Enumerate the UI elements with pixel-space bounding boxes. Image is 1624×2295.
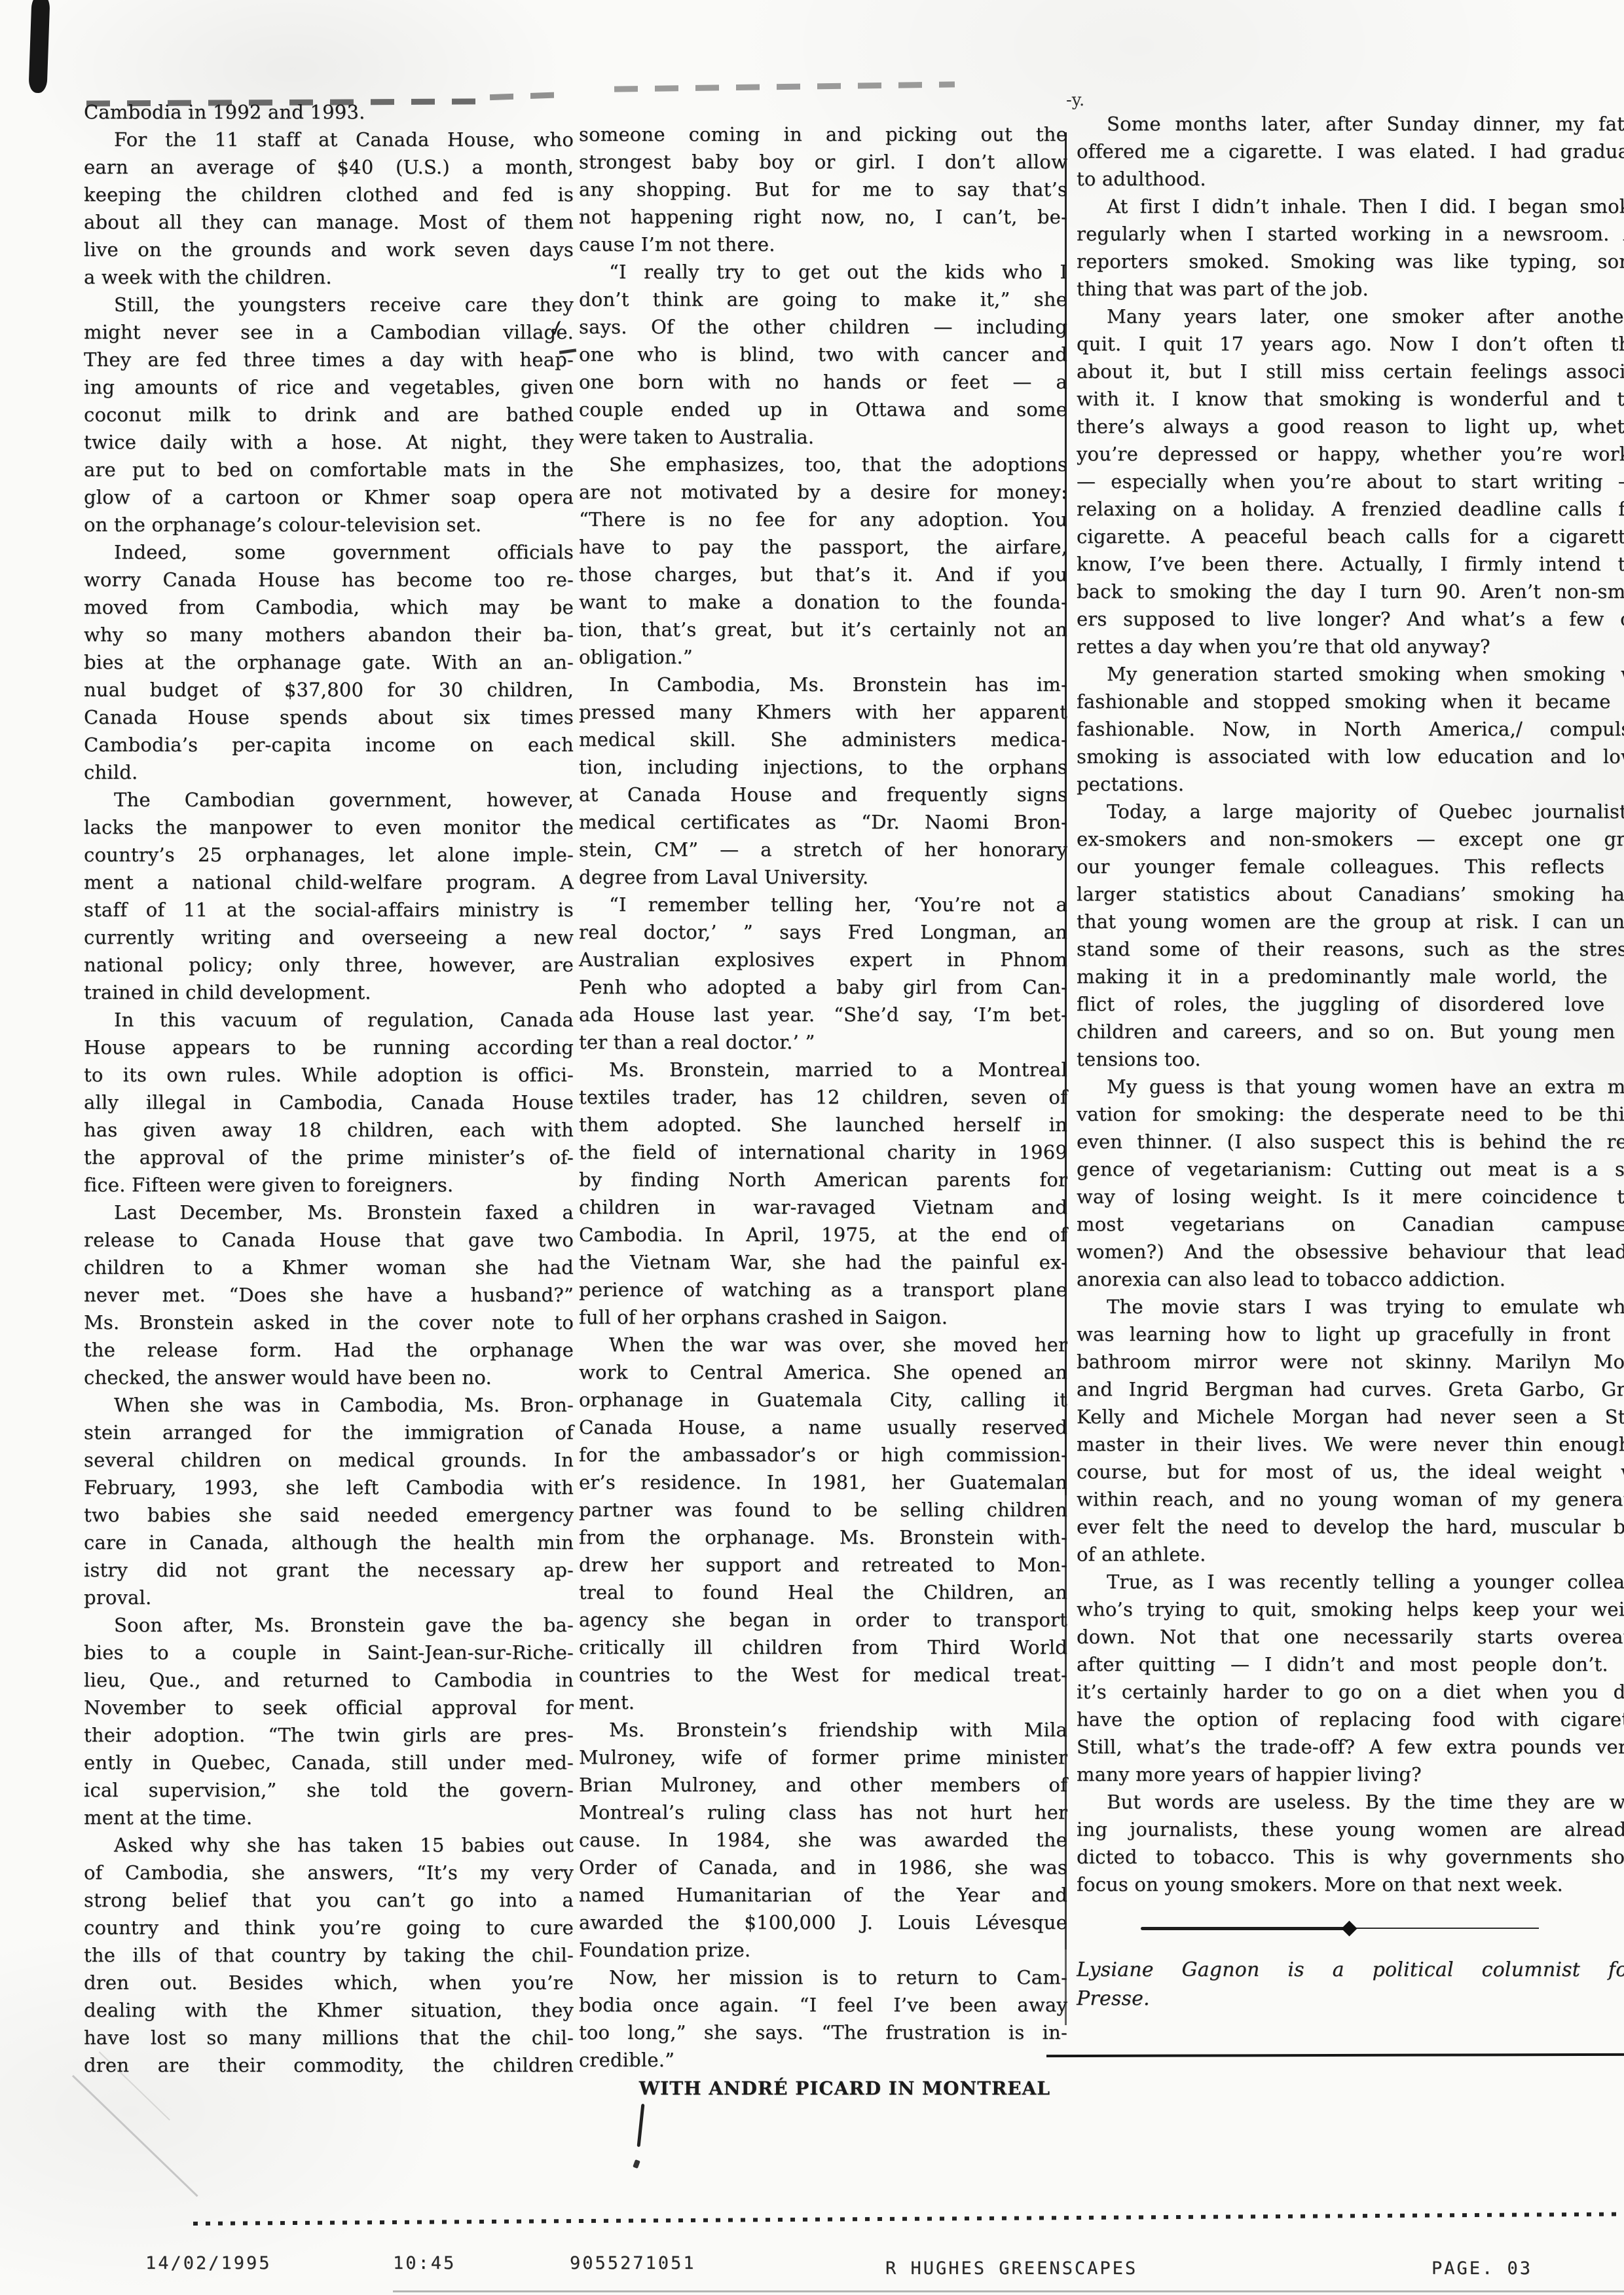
text-line: Asked why she has taken 15 babies out <box>84 1831 574 1859</box>
text-line: She emphasizes, too, that the adoptions <box>579 451 1067 478</box>
text-line: When the war was over, she moved her <box>579 1331 1067 1358</box>
fax-newspaper-page: -y. ✓ Cambodia in 1992 and 1993.For the … <box>0 0 1624 2295</box>
text-line: Presse. <box>1077 1985 1624 2013</box>
text-line: checked, the answer would have been no. <box>84 1364 574 1391</box>
scan-corner-smudge <box>28 0 50 93</box>
text-line: ently in Quebec, Canada, still under med… <box>84 1749 574 1776</box>
text-line: master in their lives. We were never thi… <box>1077 1430 1624 1458</box>
text-line: making it in a predominantly male world,… <box>1077 963 1624 990</box>
text-line: one born with no hands or feet — a <box>579 368 1067 396</box>
text-line: cigarette. A peaceful beach calls for a … <box>1077 523 1624 550</box>
text-line: glow of a cartoon or Khmer soap opera <box>84 483 574 511</box>
text-line: ical supervision,” she told the govern- <box>84 1776 574 1804</box>
text-line: “I remember telling her, ‘You’re not a <box>579 891 1067 918</box>
text-line: My generation started smoking when smoki… <box>1077 660 1624 688</box>
text-line: the ills of that country by taking the c… <box>84 1941 574 1969</box>
text-line: full of her orphans crashed in Saigon. <box>579 1303 1067 1331</box>
text-line: Canada House spends about six times <box>84 703 574 731</box>
text-line: on the orphanage’s colour-television set… <box>84 511 574 538</box>
text-line: not happening right now, no, I can’t, be… <box>579 203 1067 231</box>
text-line: have the option of replacing food with c… <box>1077 1706 1624 1733</box>
text-line: er’s residence. In 1981, her Guatemalan <box>579 1468 1067 1496</box>
text-line: ever felt the need to develop the hard, … <box>1077 1513 1624 1540</box>
text-line: to its own rules. While adoption is offi… <box>84 1061 574 1089</box>
text-line: ers supposed to live longer? And what’s … <box>1077 605 1624 633</box>
text-line: about all they can manage. Most of them <box>84 208 574 236</box>
text-line: after quitting — I didn’t and most peopl… <box>1077 1651 1624 1678</box>
text-line: Lysiane Gagnon is a political columnist … <box>1077 1956 1624 1985</box>
text-line: was learning how to light up gracefully … <box>1077 1320 1624 1348</box>
text-line: perience of watching as a transport plan… <box>579 1276 1067 1303</box>
text-line: flict of roles, the juggling of disorder… <box>1077 990 1624 1018</box>
text-line: keeping the children clothed and fed is <box>84 181 574 208</box>
text-line: couple ended up in Ottawa and some <box>579 396 1067 423</box>
text-line: country and think you’re going to cure <box>84 1914 574 1941</box>
text-line: Ms. Bronstein asked in the cover note to <box>84 1309 574 1336</box>
text-line: moved from Cambodia, which may be <box>84 593 574 621</box>
text-line: “There is no fee for any adoption. You <box>579 506 1067 533</box>
text-line: November to seek official approval for <box>84 1694 574 1721</box>
text-line: it’s certainly harder to go on a diet wh… <box>1077 1678 1624 1706</box>
clipping-bottom-rule <box>1046 2053 1624 2057</box>
text-line: reporters smoked. Smoking was like typin… <box>1077 248 1624 275</box>
text-line: to adulthood. <box>1077 165 1624 193</box>
text-line: bodia once again. “I feel I’ve been away <box>579 1991 1067 2019</box>
text-line: nual budget of $37,800 for 30 children, <box>84 676 574 703</box>
text-line: But words are useless. By the time they … <box>1077 1788 1624 1816</box>
fax-footer-sender: R HUGHES GREENSCAPES <box>885 2258 1137 2279</box>
fax-footer-number: 9055271051 <box>570 2253 696 2273</box>
dotted-tear-line <box>193 2212 1624 2226</box>
text-line: want to make a donation to the founda- <box>579 588 1067 616</box>
text-line: live on the grounds and work seven days <box>84 236 574 263</box>
text-line: Australian explosives expert in Phnom <box>579 946 1067 973</box>
text-line: relaxing on a holiday. A frenzied deadli… <box>1077 495 1624 523</box>
text-line: Cambodia in 1992 and 1993. <box>84 98 574 126</box>
text-line: might never see in a Cambodian village. <box>84 318 574 346</box>
text-line: tion, that’s great, but it’s certainly n… <box>579 616 1067 643</box>
column-text: Some months later, after Sunday dinner, … <box>1077 110 1624 1898</box>
text-line: of Cambodia, she answers, “It’s my very <box>84 1859 574 1886</box>
text-line: istry did not grant the necessary ap- <box>84 1556 574 1584</box>
text-line: degree from Laval University. <box>579 863 1067 891</box>
text-line: countries to the West for medical treat- <box>579 1661 1067 1689</box>
text-line: that young women are the group at risk. … <box>1077 908 1624 935</box>
text-line: rettes a day when you’re that old anyway… <box>1077 633 1624 660</box>
text-line: work to Central America. She opened an <box>579 1358 1067 1386</box>
text-line: credible.” <box>579 2046 1067 2074</box>
text-line: Montreal’s ruling class has not hurt her <box>579 1799 1067 1826</box>
text-line: Kelly and Michele Morgan had never seen … <box>1077 1403 1624 1430</box>
text-line: down. Not that one necessarily starts ov… <box>1077 1623 1624 1651</box>
text-line: tion, including injections, to the orpha… <box>579 753 1067 781</box>
text-line: “I really try to get out the kids who I <box>579 258 1067 286</box>
text-line: ment. <box>579 1689 1067 1716</box>
text-line: Many years later, one smoker after anoth… <box>1077 303 1624 330</box>
text-line: even thinner. (I also suspect this is be… <box>1077 1128 1624 1155</box>
text-line: ally illegal in Cambodia, Canada House <box>84 1089 574 1116</box>
text-line: children and careers, and so on. But you… <box>1077 1018 1624 1045</box>
text-line: never met. “Does she have a husband?” <box>84 1281 574 1309</box>
text-line: any shopping. But for me to say that’s <box>579 176 1067 203</box>
text-line: smoking is associated with low education… <box>1077 743 1624 770</box>
text-line: real doctor,’ ” says Fred Longman, an <box>579 918 1067 946</box>
text-line: quit. I quit 17 years ago. Now I don’t o… <box>1077 330 1624 358</box>
text-line: staff of 11 at the social-affairs minist… <box>84 896 574 924</box>
text-line: When she was in Cambodia, Ms. Bron- <box>84 1391 574 1419</box>
text-line: release to Canada House that gave two <box>84 1226 574 1254</box>
text-line: vation for smoking: the desperate need t… <box>1077 1100 1624 1128</box>
text-line: trained in child development. <box>84 979 574 1006</box>
text-line: several children on medical grounds. In <box>84 1446 574 1474</box>
text-line: stein, CM” — a stretch of her honorary <box>579 836 1067 863</box>
text-line: medical skill. She administers medica- <box>579 726 1067 753</box>
text-line: children in war-ravaged Vietnam and <box>579 1193 1067 1221</box>
text-line: gence of vegetarianism: Cutting out meat… <box>1077 1155 1624 1183</box>
text-line: a week with the children. <box>84 263 574 291</box>
text-line: care in Canada, although the health min <box>84 1529 574 1556</box>
text-line: child. <box>84 758 574 786</box>
text-line: drew her support and retreated to Mon- <box>579 1551 1067 1578</box>
text-line: regularly when I started working in a ne… <box>1077 220 1624 248</box>
text-line: says. Of the other children — including <box>579 313 1067 341</box>
text-line: currently writing and overseeing a new <box>84 924 574 951</box>
divider-rule <box>1141 1927 1344 1930</box>
text-line: February, 1993, she left Cambodia with <box>84 1474 574 1501</box>
text-line: country’s 25 orphanages, let alone imple… <box>84 841 574 868</box>
text-line: dren out. Besides which, when you’re <box>84 1969 574 1996</box>
text-line: House appears to be running according <box>84 1034 574 1061</box>
text-line: who’s trying to quit, smoking helps keep… <box>1077 1595 1624 1623</box>
text-line: Still, the youngsters receive care they <box>84 291 574 318</box>
text-line: obligation.” <box>579 643 1067 671</box>
text-line: stein arranged for the immigration of <box>84 1419 574 1446</box>
section-divider <box>1077 1915 1624 1941</box>
text-line: children to a Khmer woman she had <box>84 1254 574 1281</box>
text-line: course, but for most of us, the ideal we… <box>1077 1458 1624 1485</box>
text-line: orphanage in Guatemala City, calling it <box>579 1386 1067 1413</box>
text-line: those charges, but that’s it. And if you <box>579 561 1067 588</box>
text-line: pectations. <box>1077 770 1624 798</box>
text-line: dren are their commodity, the children <box>84 2051 574 2079</box>
text-line: At first I didn’t inhale. Then I did. I … <box>1077 193 1624 220</box>
text-line: the approval of the prime minister’s of- <box>84 1144 574 1171</box>
article-column-left: Cambodia in 1992 and 1993.For the 11 sta… <box>84 98 574 2079</box>
text-line: there’s always a good reason to light up… <box>1077 413 1624 440</box>
text-line: why so many mothers abandon their ba- <box>84 621 574 648</box>
text-line: offered me a cigarette. I was elated. I … <box>1077 138 1624 165</box>
text-line: Indeed, some government officials <box>84 538 574 566</box>
text-line: Foundation prize. <box>579 1936 1067 1964</box>
text-line: about it, but I still miss certain feeli… <box>1077 358 1624 385</box>
text-line: most vegetarians on Canadian campuses <box>1077 1210 1624 1238</box>
text-line: and Ingrid Bergman had curves. Greta Gar… <box>1077 1375 1624 1403</box>
text-line: named Humanitarian of the Year and <box>579 1881 1067 1909</box>
text-line: dealing with the Khmer situation, they <box>84 1996 574 2024</box>
text-line: them adopted. She launched herself in <box>579 1111 1067 1138</box>
text-line: are put to bed on comfortable mats in th… <box>84 456 574 483</box>
ink-squiggle-artifact <box>633 2159 640 2169</box>
text-line: thing that was part of the job. <box>1077 275 1624 303</box>
text-line: their adoption. “The twin girls are pres… <box>84 1721 574 1749</box>
text-line: In this vacuum of regulation, Canada <box>84 1006 574 1034</box>
text-line: fashionable. Now, in North America,/ com… <box>1077 715 1624 743</box>
text-line: focus on young smokers. More on that nex… <box>1077 1871 1624 1898</box>
text-line: ment at the time. <box>84 1804 574 1831</box>
text-line: Some months later, after Sunday dinner, … <box>1077 110 1624 138</box>
text-line: Soon after, Ms. Bronstein gave the ba- <box>84 1611 574 1639</box>
cutoff-text-fragment: -y. <box>1066 90 1084 110</box>
text-line: worry Canada House has become too re- <box>84 566 574 593</box>
text-line: back to smoking the day I turn 90. Aren’… <box>1077 578 1624 605</box>
fax-footer-page: PAGE. 03 <box>1431 2258 1532 2279</box>
text-line: Still, what’s the trade-off? A few extra… <box>1077 1733 1624 1761</box>
text-line: earn an average of $40 (U.S.) a month, <box>84 153 574 181</box>
text-line: ter than a real doctor.’ ” <box>579 1028 1067 1056</box>
text-line: someone coming in and picking out the <box>579 121 1067 148</box>
text-line: within reach, and no young woman of my g… <box>1077 1485 1624 1513</box>
text-line: For the 11 staff at Canada House, who <box>84 126 574 153</box>
text-line: partner was found to be selling children <box>579 1496 1067 1523</box>
text-line: don’t think are going to make it,” she <box>579 286 1067 313</box>
text-line: Canada House, a name usually reserved <box>579 1413 1067 1441</box>
text-line: Order of Canada, and in 1986, she was <box>579 1854 1067 1881</box>
text-line: by finding North American parents for <box>579 1166 1067 1193</box>
text-line: strongest baby boy or girl. I don’t allo… <box>579 148 1067 176</box>
text-line: pressed many Khmers with her apparent <box>579 698 1067 726</box>
text-line: Today, a large majority of Quebec journa… <box>1077 798 1624 825</box>
text-line: — especially when you’re about to start … <box>1077 468 1624 495</box>
paper-crease <box>72 2075 198 2197</box>
text-line: textiles trader, has 12 children, seven … <box>579 1083 1067 1111</box>
text-line: the Vietnam War, she had the painful ex- <box>579 1248 1067 1276</box>
text-line: strong belief that you can’t go into a <box>84 1886 574 1914</box>
text-line: know, I’ve been there. Actually, I firml… <box>1077 550 1624 578</box>
text-line: have lost so many millions that the chil… <box>84 2024 574 2051</box>
text-line: from the orphanage. Ms. Bronstein with- <box>579 1523 1067 1551</box>
text-line: anorexia can also lead to tobacco addict… <box>1077 1265 1624 1293</box>
text-line: dicted to tobacco. This is why governmen… <box>1077 1843 1624 1871</box>
text-line: Cambodia’s per-capita income on each <box>84 731 574 758</box>
text-line: medical certificates as “Dr. Naomi Bron- <box>579 808 1067 836</box>
text-line: larger statistics about Canadians’ smoki… <box>1077 880 1624 908</box>
text-line: Mulroney, wife of former prime minister <box>579 1744 1067 1771</box>
text-line: coconut milk to drink and are bathed <box>84 401 574 428</box>
text-line: Penh who adopted a baby girl from Can- <box>579 973 1067 1001</box>
text-line: cause. In 1984, she was awarded the <box>579 1826 1067 1854</box>
text-line: fice. Fifteen were given to foreigners. <box>84 1171 574 1199</box>
text-line: national policy; only three, however, ar… <box>84 951 574 979</box>
column-text: someone coming in and picking out thestr… <box>579 121 1067 2074</box>
text-line: The movie stars I was trying to emulate … <box>1077 1293 1624 1320</box>
text-line: Last December, Ms. Bronstein faxed a <box>84 1199 574 1226</box>
text-line: fashionable and stopped smoking when it … <box>1077 688 1624 715</box>
text-line: lieu, Que., and returned to Cambodia in <box>84 1666 574 1694</box>
text-line: cause I’m not there. <box>579 231 1067 258</box>
text-line: the field of international charity in 19… <box>579 1138 1067 1166</box>
text-line: ex-smokers and non-smokers — except one … <box>1077 825 1624 853</box>
text-line: too long,” she says. “The frustration is… <box>579 2019 1067 2046</box>
text-line: critically ill children from Third World <box>579 1633 1067 1661</box>
fax-footer-date: 14/02/1995 <box>145 2253 272 2273</box>
text-line: In Cambodia, Ms. Bronstein has im- <box>579 671 1067 698</box>
text-line: were taken to Australia. <box>579 423 1067 451</box>
text-line: are not motivated by a desire for money: <box>579 478 1067 506</box>
text-line: you’re depressed or happy, whether you’r… <box>1077 440 1624 468</box>
text-line: awarded the $100,000 J. Louis Lévesque <box>579 1909 1067 1936</box>
text-line: My guess is that young women have an ext… <box>1077 1073 1624 1100</box>
text-line: our younger female colleagues. This refl… <box>1077 853 1624 880</box>
article-column-middle: someone coming in and picking out thestr… <box>579 121 1067 2102</box>
scanner-edge-line <box>393 2290 1624 2292</box>
text-line: the release form. Had the orphanage <box>84 1336 574 1364</box>
text-line: They are fed three times a day with heap… <box>84 346 574 373</box>
article-column-right: Some months later, after Sunday dinner, … <box>1077 110 1624 2013</box>
text-line: treal to found Heal the Children, an <box>579 1578 1067 1606</box>
text-line: way of losing weight. Is it mere coincid… <box>1077 1183 1624 1210</box>
text-line: ment a national child-welfare program. A <box>84 868 574 896</box>
text-line: lacks the manpower to even monitor the <box>84 813 574 841</box>
text-line: tensions too. <box>1077 1045 1624 1073</box>
byline: WITH ANDRÉ PICARD IN MONTREAL <box>579 2075 1067 2102</box>
text-line: stand some of their reasons, such as the… <box>1077 935 1624 963</box>
text-line: ada House last year. “She’d say, ‘I’m be… <box>579 1001 1067 1028</box>
text-line: many more years of happier living? <box>1077 1761 1624 1788</box>
cutoff-text-smudge <box>614 81 955 92</box>
text-line: has given away 18 children, each with <box>84 1116 574 1144</box>
text-line: The Cambodian government, however, <box>84 786 574 813</box>
text-line: for the ambassador’s or high commission- <box>579 1441 1067 1468</box>
text-line: with it. I know that smoking is wonderfu… <box>1077 385 1624 413</box>
text-line: ing journalists, these young women are a… <box>1077 1816 1624 1843</box>
column-text: Cambodia in 1992 and 1993.For the 11 sta… <box>84 98 574 2079</box>
text-line: one who is blind, two with cancer and <box>579 341 1067 368</box>
text-line: twice daily with a hose. At night, they <box>84 428 574 456</box>
text-line: ing amounts of rice and vegetables, give… <box>84 373 574 401</box>
text-line: Brian Mulroney, and other members of <box>579 1771 1067 1799</box>
text-line: Now, her mission is to return to Cam- <box>579 1964 1067 1991</box>
text-line: Cambodia. In April, 1975, at the end of <box>579 1221 1067 1248</box>
divider-rule <box>1354 1928 1539 1929</box>
text-line: bies to a couple in Saint-Jean-sur-Riche… <box>84 1639 574 1666</box>
text-line: women?) And the obsessive behaviour that… <box>1077 1238 1624 1265</box>
text-line: at Canada House and frequently signs <box>579 781 1067 808</box>
text-line: bies at the orphanage gate. With an an- <box>84 648 574 676</box>
text-line: agency she began in order to transport <box>579 1606 1067 1633</box>
text-line: bathroom mirror were not skinny. Marilyn… <box>1077 1348 1624 1375</box>
text-line: two babies she said needed emergency <box>84 1501 574 1529</box>
text-line: Ms. Bronstein, married to a Montreal <box>579 1056 1067 1083</box>
text-line: proval. <box>84 1584 574 1611</box>
diamond-ornament-icon <box>1341 1920 1357 1936</box>
text-line: have to pay the passport, the airfare, <box>579 533 1067 561</box>
text-line: of an athlete. <box>1077 1540 1624 1568</box>
fax-footer-time: 10:45 <box>393 2253 456 2273</box>
author-credit: Lysiane Gagnon is a political columnist … <box>1077 1956 1624 2013</box>
text-line: Ms. Bronstein’s friendship with Mila <box>579 1716 1067 1744</box>
text-line: True, as I was recently telling a younge… <box>1077 1568 1624 1595</box>
ink-squiggle-artifact <box>637 2104 645 2147</box>
